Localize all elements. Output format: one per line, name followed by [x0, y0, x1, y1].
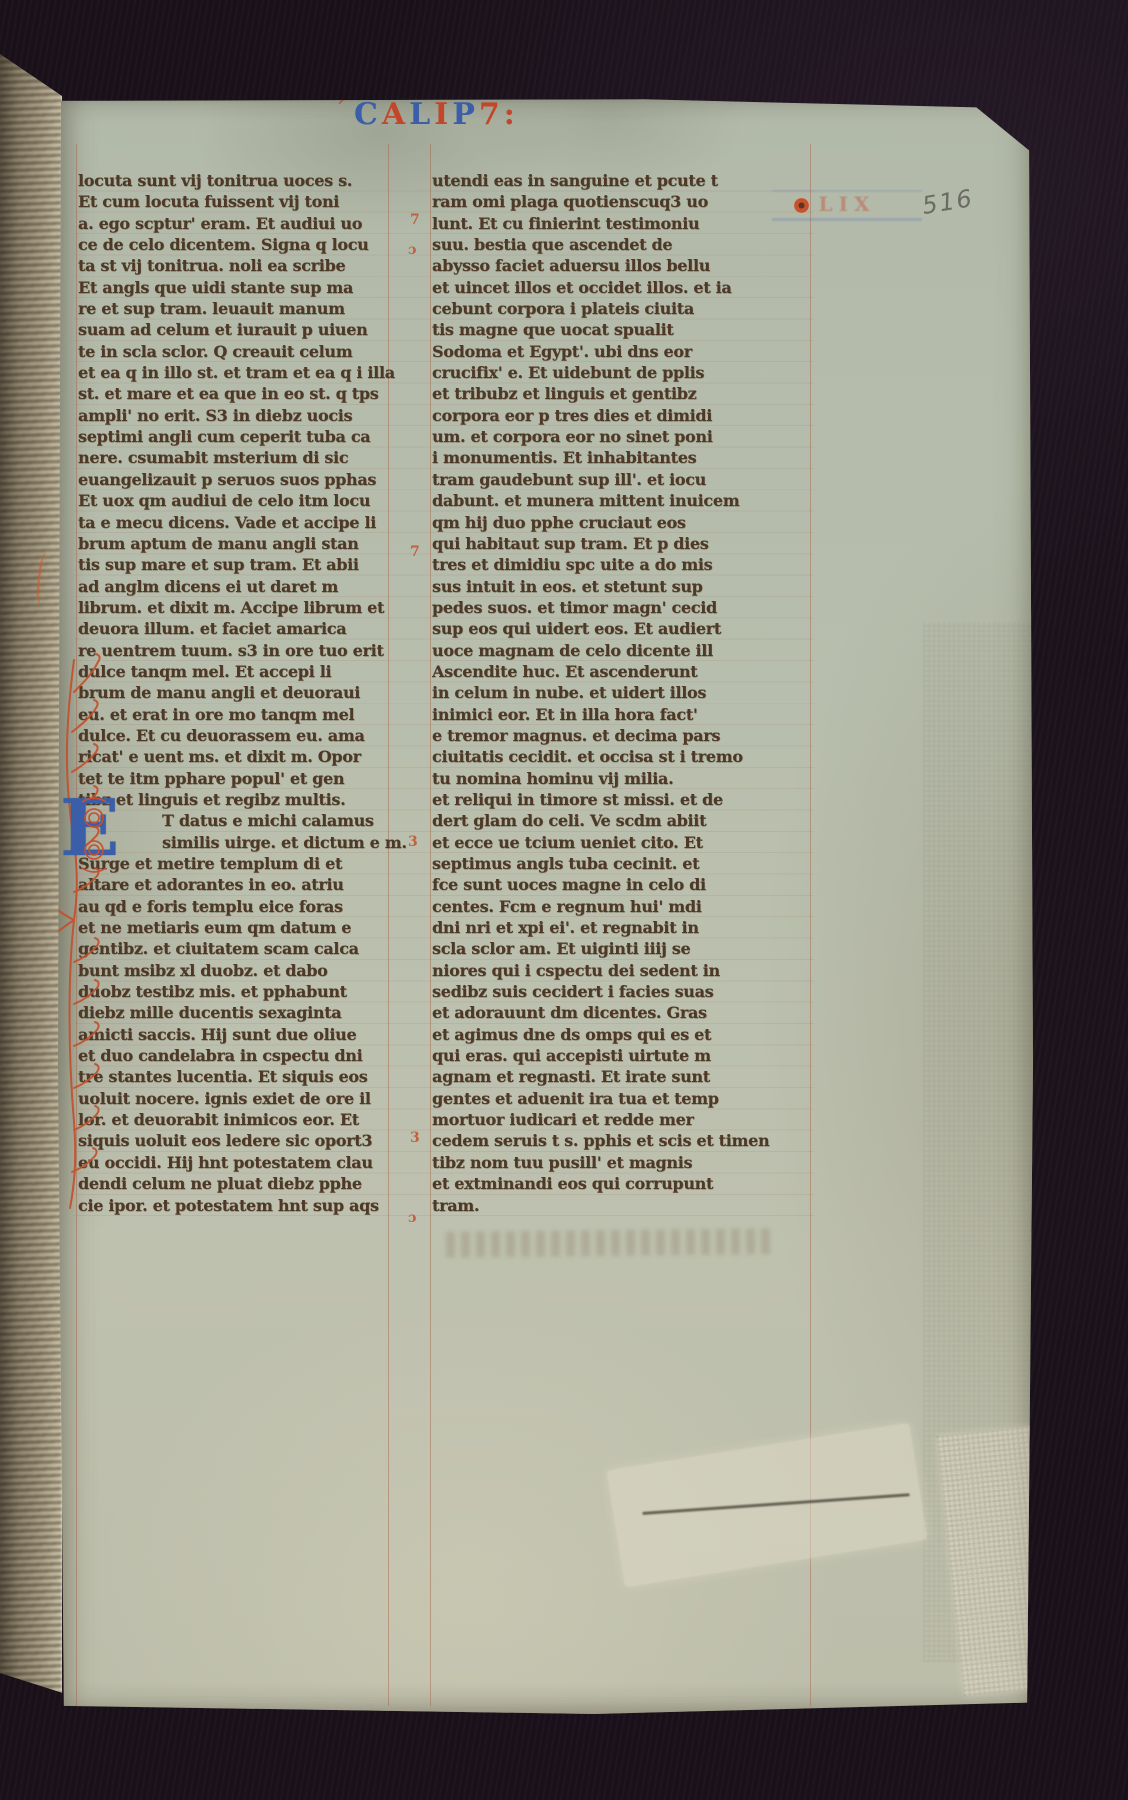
- rubric-paraph-dot: [794, 198, 809, 213]
- manuscript-line: Et uox qm audiui de celo itm locu: [78, 490, 416, 511]
- manuscript-line: Et angls que uidi stante sup ma: [78, 277, 416, 298]
- manuscript-line: deuora illum. et faciet amarica: [78, 618, 416, 639]
- manuscript-line: cebunt corpora i plateis ciuita: [432, 298, 794, 319]
- manuscript-line: dert glam do celi. Ve scdm abiit: [432, 810, 794, 831]
- running-title-letter: 7: [479, 98, 502, 132]
- penwork-squiggle: 7: [410, 212, 420, 228]
- manuscript-line: suam ad celum et iurauit p uiuen: [78, 319, 416, 340]
- manuscript-line: re et sup tram. leuauit manum: [78, 298, 416, 319]
- ink-show-through: [446, 1228, 776, 1257]
- manuscript-line: uoluit nocere. ignis exiet de ore il: [78, 1088, 416, 1109]
- manuscript-line: ram omi plaga quotienscuq3 uo: [432, 191, 794, 212]
- manuscript-line: Ascendite huc. Et ascenderunt: [432, 661, 794, 682]
- manuscript-line: ce de celo dicentem. Signa q locu: [78, 234, 416, 255]
- manuscript-line: nere. csumabit msterium di sic: [78, 447, 416, 468]
- manuscript-line: abysso faciet aduersu illos bellu: [432, 255, 794, 276]
- manuscript-line: brum aptum de manu angli stan: [78, 533, 416, 554]
- tear-slit: [642, 1493, 910, 1515]
- manuscript-line: tre stantes lucentia. Et siquis eos: [78, 1066, 416, 1087]
- manuscript-line: sedibz suis cecidert i facies suas: [432, 981, 794, 1002]
- manuscript-line: ad anglm dicens ei ut daret m: [78, 576, 416, 597]
- manuscript-line: a. ego scptur' eram. Et audiui uo: [78, 213, 416, 234]
- manuscript-line: et tribubz et linguis et gentibz: [432, 383, 794, 404]
- manuscript-line: ta e mecu dicens. Vade et accipe li: [78, 512, 416, 533]
- initial-filigree: [52, 788, 138, 882]
- manuscript-line: brum de manu angli et deuoraui: [78, 682, 416, 703]
- manuscript-line: uoce magnam de celo dicente ill: [432, 640, 794, 661]
- running-title-letter: P: [452, 98, 477, 132]
- manuscript-line: scla sclor am. Et uiginti iiij se: [432, 938, 794, 959]
- manuscript-line: e tremor magnus. et decima pars: [432, 725, 794, 746]
- penwork-squiggle: ɔ: [408, 1210, 417, 1226]
- manuscript-line: pedes suos. et timor magn' cecid: [432, 597, 794, 618]
- manuscript-line: gentes et aduenit ira tua et temp: [432, 1088, 794, 1109]
- manuscript-line: et ecce ue tcium ueniet cito. Et: [432, 832, 794, 853]
- repair-tape: [607, 1423, 928, 1587]
- facing-page-fore-edge: [0, 54, 62, 1706]
- manuscript-line: au qd e foris templu eice foras: [78, 896, 416, 917]
- red-pen-mark: [35, 552, 53, 607]
- running-title-letter: A: [382, 98, 407, 132]
- folio-number: 516: [920, 184, 976, 220]
- running-title: ⌒ CALIP7:: [354, 98, 574, 132]
- manuscript-line: corpora eor p tres dies et dimidi: [432, 405, 794, 426]
- manuscript-line: mortuor iudicari et redde mer: [432, 1109, 794, 1130]
- manuscript-line: eu occidi. Hij hnt potestatem clau: [78, 1152, 416, 1173]
- penwork-squiggle: 7: [410, 544, 420, 560]
- manuscript-line: qui habitaut sup tram. Et p dies: [432, 533, 794, 554]
- text-column-right: utendi eas in sanguine et pcute tram omi…: [432, 170, 794, 1216]
- manuscript-line: cedem seruis t s. pphis et scis et timen: [432, 1130, 794, 1151]
- manuscript-line: st. et mare et ea que in eo st. q tps: [78, 383, 416, 404]
- penwork-squiggle: 3: [408, 834, 418, 850]
- manuscript-line: dabunt. et munera mittent inuicem: [432, 490, 794, 511]
- penwork-squiggle: 3: [410, 1130, 420, 1146]
- manuscript-line: qui eras. qui accepisti uirtute m: [432, 1045, 794, 1066]
- manuscript-line: dendi celum ne pluat diebz pphe: [78, 1173, 416, 1194]
- manuscript-line: ricat' e uent ms. et dixit m. Opor: [78, 746, 416, 767]
- manuscript-line: lunt. Et cu finierint testimoniu: [432, 213, 794, 234]
- manuscript-line: librum. et dixit m. Accipe librum et: [78, 597, 416, 618]
- manuscript-line: sup eos qui uidert eos. Et audiert: [432, 618, 794, 639]
- manuscript-line: ampli' no erit. S3 in diebz uocis: [78, 405, 416, 426]
- manuscript-line: tres et dimidiu spc uite a do mis: [432, 554, 794, 575]
- manuscript-line: et duo candelabra in cspectu dni: [78, 1045, 416, 1066]
- manuscript-line: euangelizauit p seruos suos pphas: [78, 469, 416, 490]
- running-title-letter: L: [409, 98, 432, 132]
- manuscript-line: amicti saccis. Hij sunt due oliue: [78, 1024, 416, 1045]
- manuscript-line: septimi angli cum ceperit tuba ca: [78, 426, 416, 447]
- manuscript-line: tram.: [432, 1195, 794, 1216]
- manuscript-line: septimus angls tuba cecinit. et: [432, 853, 794, 874]
- manuscript-line: tis sup mare et sup tram. Et abii: [78, 554, 416, 575]
- manuscript-line: dulce. Et cu deuorassem eu. ama: [78, 725, 416, 746]
- manuscript-line: in celum in nube. et uidert illos: [432, 682, 794, 703]
- manuscript-line: et agimus dne ds omps qui es et: [432, 1024, 794, 1045]
- manuscript-line: qm hij duo pphe cruciaut eos: [432, 512, 794, 533]
- manuscript-photo: ⌒ CALIP7: LIX 516 locuta sunt vij tonitr…: [0, 0, 1128, 1800]
- manuscript-line: inimici eor. Et in illa hora fact': [432, 704, 794, 725]
- manuscript-line: tis magne que uocat spualit: [432, 319, 794, 340]
- manuscript-line: et ea q in illo st. et tram et ea q i il…: [78, 362, 416, 383]
- manuscript-line: centes. Fcm e regnum hui' mdi: [432, 896, 794, 917]
- manuscript-line: utendi eas in sanguine et pcute t: [432, 170, 794, 191]
- manuscript-line: et uincet illos et occidet illos. et ia: [432, 277, 794, 298]
- manuscript-line: Et cum locuta fuissent vij toni: [78, 191, 416, 212]
- manuscript-line: et adorauunt dm dicentes. Gras: [432, 1002, 794, 1023]
- manuscript-line: locuta sunt vij tonitrua uoces s.: [78, 170, 416, 191]
- manuscript-line: crucifix' e. Et uidebunt de pplis: [432, 362, 794, 383]
- manuscript-line: agnam et regnasti. Et irate sunt: [432, 1066, 794, 1087]
- manuscript-line: ta st vij tonitrua. noli ea scribe: [78, 255, 416, 276]
- manuscript-line: ciuitatis cecidit. et occisa st i tremo: [432, 746, 794, 767]
- manuscript-line: um. et corpora eor no sinet poni: [432, 426, 794, 447]
- manuscript-line: diebz mille ducentis sexaginta: [78, 1002, 416, 1023]
- manuscript-line: eu. et erat in ore mo tanqm mel: [78, 704, 416, 725]
- manuscript-line: gentibz. et ciuitatem scam calca: [78, 938, 416, 959]
- running-title-letter: I: [434, 98, 450, 132]
- penwork-squiggle: ɔ: [408, 242, 417, 258]
- manuscript-line: i monumentis. Et inhabitantes: [432, 447, 794, 468]
- manuscript-line: dni nri et xpi ei'. et regnabit in: [432, 917, 794, 938]
- illuminated-initial: E: [52, 788, 138, 882]
- manuscript-page: ⌒ CALIP7: LIX 516 locuta sunt vij tonitr…: [58, 92, 1033, 1714]
- manuscript-line: sus intuit in eos. et stetunt sup: [432, 576, 794, 597]
- manuscript-line: siquis uoluit eos ledere sic oport3: [78, 1130, 416, 1151]
- manuscript-line: te in scla sclor. Q creauit celum: [78, 341, 416, 362]
- manuscript-line: duobz testibz mis. et pphabunt: [78, 981, 416, 1002]
- text-column-left: locuta sunt vij tonitrua uoces s.Et cum …: [78, 170, 416, 1216]
- manuscript-line: tram gaudebunt sup ill'. et iocu: [432, 469, 794, 490]
- manuscript-line: tibz nom tuu pusill' et magnis: [432, 1152, 794, 1173]
- manuscript-line: et reliqui in timore st missi. et de: [432, 789, 794, 810]
- manuscript-line: fce sunt uoces magne in celo di: [432, 874, 794, 895]
- manuscript-line: tu nomina hominu vij milia.: [432, 768, 794, 789]
- manuscript-line: cie ipor. et potestatem hnt sup aqs: [78, 1195, 416, 1216]
- manuscript-line: tet te itm pphare popul' et gen: [78, 768, 416, 789]
- manuscript-line: re uentrem tuum. s3 in ore tuo erit: [78, 640, 416, 661]
- manuscript-line: et extminandi eos qui corrupunt: [432, 1173, 794, 1194]
- manuscript-line: et ne metiaris eum qm datum e: [78, 917, 416, 938]
- manuscript-line: lor. et deuorabit inimicos eor. Et: [78, 1109, 416, 1130]
- running-title-letter: :: [504, 98, 517, 132]
- manuscript-line: niores qui i cspectu dei sedent in: [432, 960, 794, 981]
- manuscript-line: dulce tanqm mel. Et accepi li: [78, 661, 416, 682]
- manuscript-line: bunt msibz xl duobz. et dabo: [78, 960, 416, 981]
- manuscript-line: Sodoma et Egypt'. ubi dns eor: [432, 341, 794, 362]
- manuscript-line: suu. bestia que ascendet de: [432, 234, 794, 255]
